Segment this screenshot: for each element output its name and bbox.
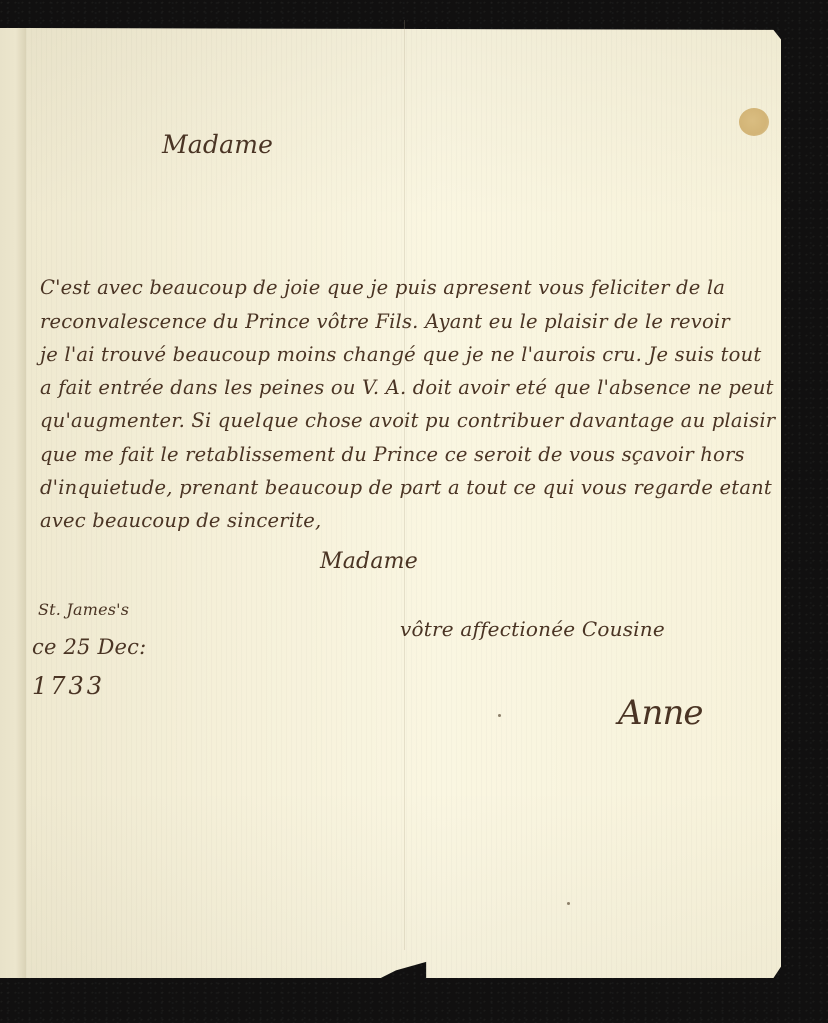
adjacent-page-edge	[0, 28, 27, 978]
body-line: C'est avec beaucoup de joie que je puis …	[40, 276, 725, 299]
body-line: a fait entrée dans les peines ou V. A. d…	[40, 376, 774, 399]
paper-stain	[739, 108, 769, 136]
place-of-writing: St. James's	[38, 600, 129, 619]
body-line: je l'ai trouvé beaucoup moins changé que…	[40, 343, 761, 366]
body-line: reconvalescence du Prince vôtre Fils. Ay…	[40, 310, 730, 333]
body-line: d'inquietude, prenant beaucoup de part a…	[40, 476, 772, 499]
body-line: qu'augmenter. Si quelque chose avoit pu …	[40, 409, 775, 432]
manuscript-scan: Madame C'est avec beaucoup de joie que j…	[0, 0, 828, 1023]
body-line: que me fait le retablissement du Prince …	[40, 443, 745, 466]
signature: Anne	[618, 693, 702, 733]
body-line: avec beaucoup de sincerite,	[40, 509, 321, 532]
valediction: vôtre affectionée Cousine	[400, 617, 665, 641]
ink-speck	[498, 714, 501, 717]
ink-speck	[567, 902, 570, 905]
closing-salutation: Madame	[320, 549, 418, 574]
salutation: Madame	[162, 130, 273, 159]
letter-date: ce 25 Dec:	[32, 635, 146, 659]
letter-year: 1733	[32, 672, 105, 700]
